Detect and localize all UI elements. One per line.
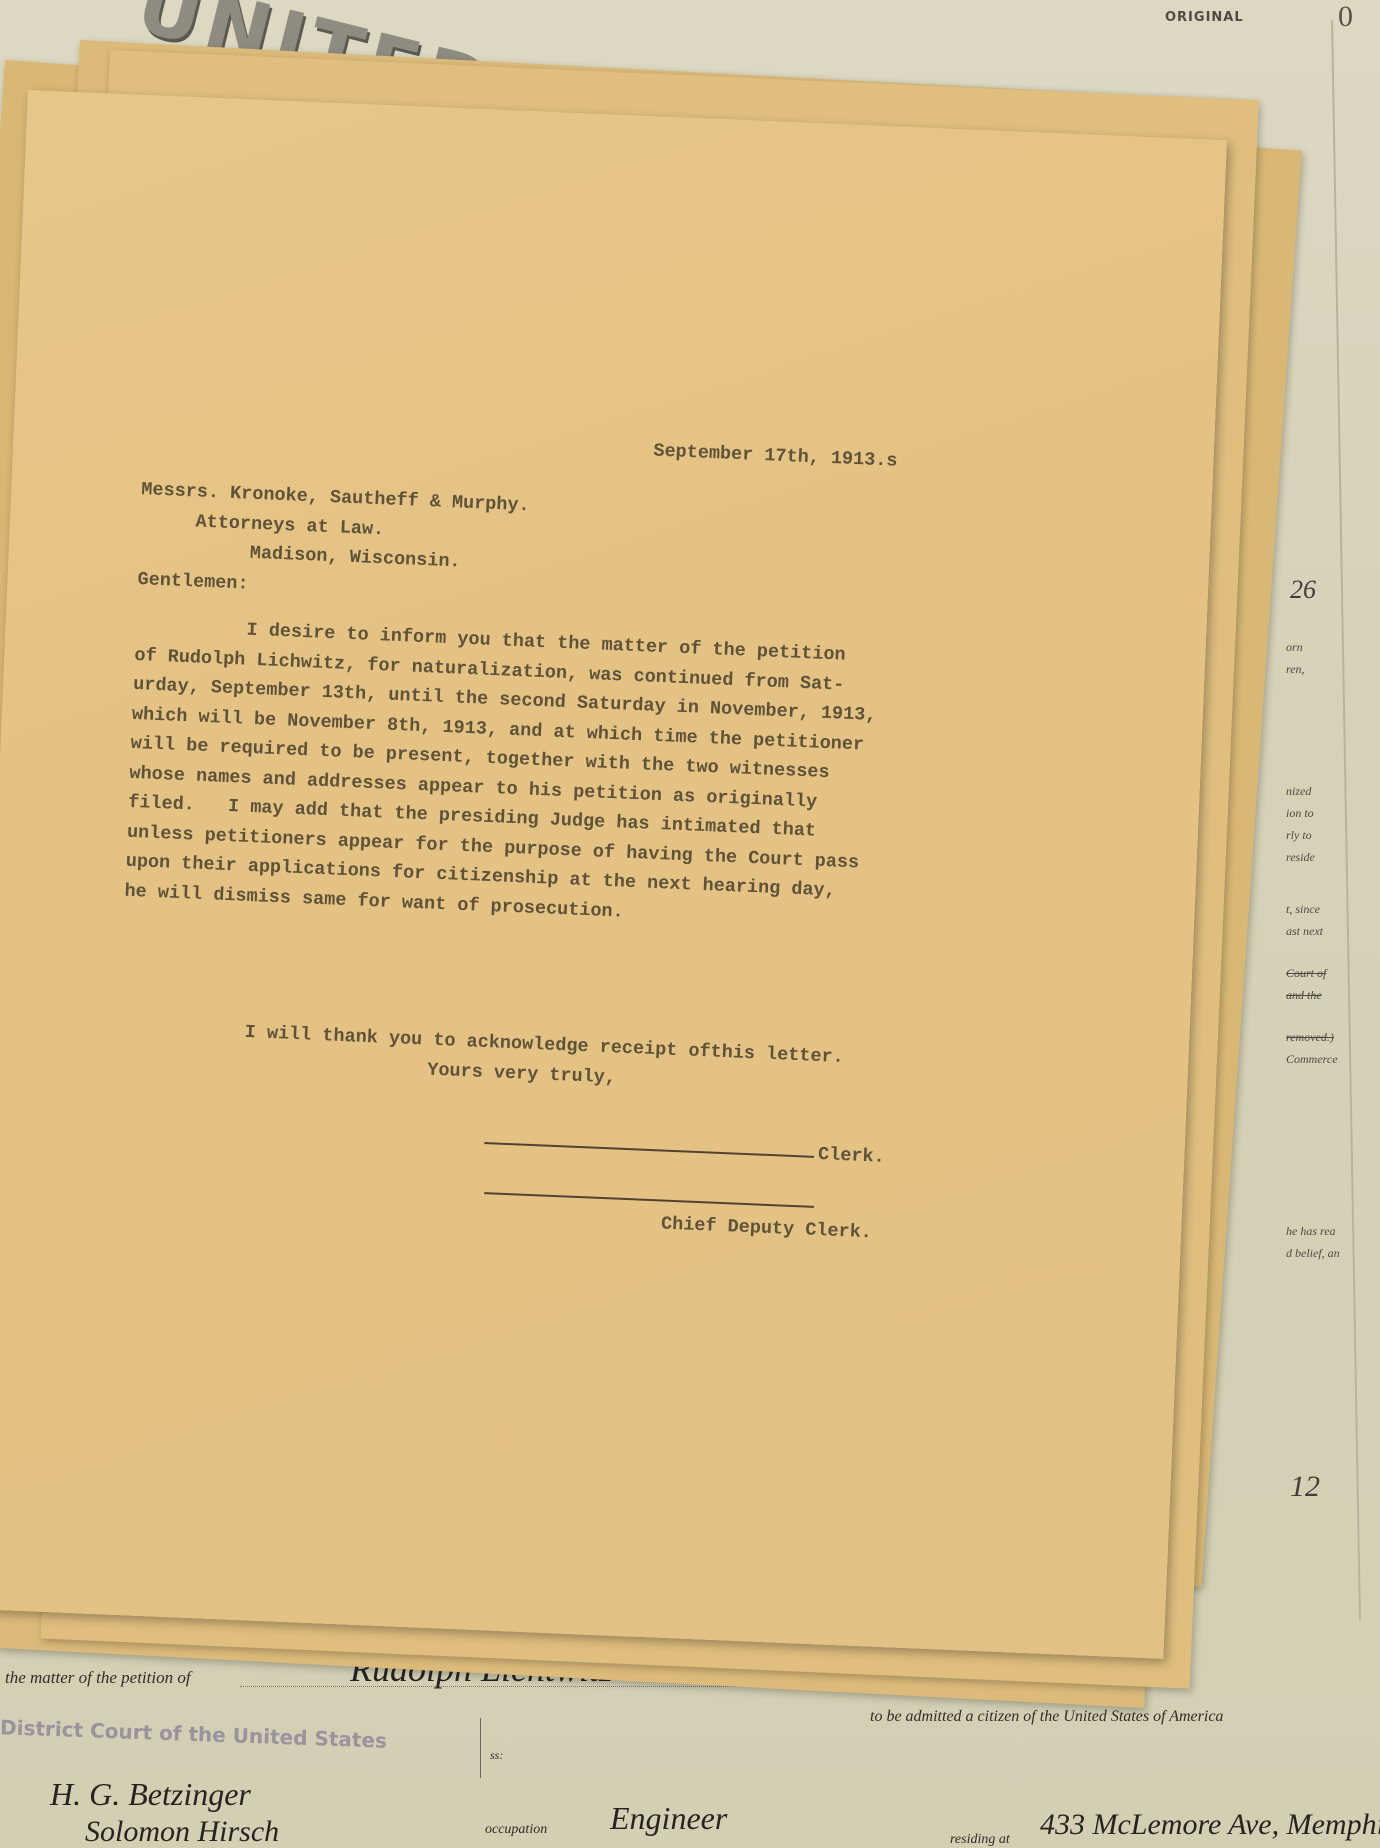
margin-text: t, since xyxy=(1286,902,1380,924)
margin-text: Court of xyxy=(1286,966,1380,988)
margin-text: and the xyxy=(1286,988,1380,1010)
handwritten-number: 26 xyxy=(1290,575,1316,605)
deputy-clerk-label: Chief Deputy Clerk. xyxy=(660,1210,872,1248)
letter-date: September 17th, 1913.s xyxy=(653,437,898,477)
margin-text: removed.) xyxy=(1286,1030,1380,1052)
margin-text: ast next xyxy=(1286,924,1380,946)
witness-1-name: H. G. Betzinger xyxy=(50,1776,251,1813)
handwritten-bottom-right: 12 xyxy=(1290,1470,1320,1504)
margin-text: rly to xyxy=(1286,828,1380,850)
right-margin-fragments: orn ren, nized ion to rly to reside t, s… xyxy=(1286,640,1380,1268)
clerk-label: Clerk. xyxy=(817,1140,885,1172)
witness-1-residence: 433 McLemore Ave, Memphis xyxy=(1040,1808,1380,1842)
certificate-number: 0 xyxy=(1338,0,1353,34)
petition-prefix: the matter of the petition of xyxy=(5,1668,191,1688)
margin-text: d belief, an xyxy=(1286,1246,1380,1268)
margin-text: ren, xyxy=(1286,662,1380,684)
margin-text: nized xyxy=(1286,784,1380,806)
typed-letter: September 17th, 1913.s Messrs. Kronoke, … xyxy=(0,90,1227,1659)
ss-label: ss: xyxy=(490,1748,503,1763)
margin-text: he has rea xyxy=(1286,1224,1380,1246)
witness-1-occupation: Engineer xyxy=(610,1800,727,1837)
occupation-label: occupation xyxy=(485,1822,547,1838)
margin-text: reside xyxy=(1286,850,1380,872)
clerk-signature-line xyxy=(484,1142,814,1158)
residing-label: residing at xyxy=(950,1832,1010,1848)
letter-addressee: Messrs. Kronoke, Sautheff & Murphy. Atto… xyxy=(138,475,530,580)
margin-text: orn xyxy=(1286,640,1380,662)
court-stamp: District Court of the United States xyxy=(0,1715,387,1752)
letter-body: September 17th, 1913.s Messrs. Kronoke, … xyxy=(144,415,1083,454)
letter-salutation: Gentlemen: xyxy=(137,565,249,599)
margin-text: ion to xyxy=(1286,806,1380,828)
bracket xyxy=(480,1718,481,1778)
certificate-original-label: ORIGINAL xyxy=(1165,10,1244,25)
margin-text: Commerce xyxy=(1286,1052,1380,1074)
admission-text: to be admitted a citizen of the United S… xyxy=(870,1708,1223,1726)
deputy-signature-line xyxy=(484,1192,814,1208)
witness-2-name: Solomon Hirsch xyxy=(85,1815,279,1848)
letter-paragraph: I desire to inform you that the matter o… xyxy=(124,611,1096,946)
